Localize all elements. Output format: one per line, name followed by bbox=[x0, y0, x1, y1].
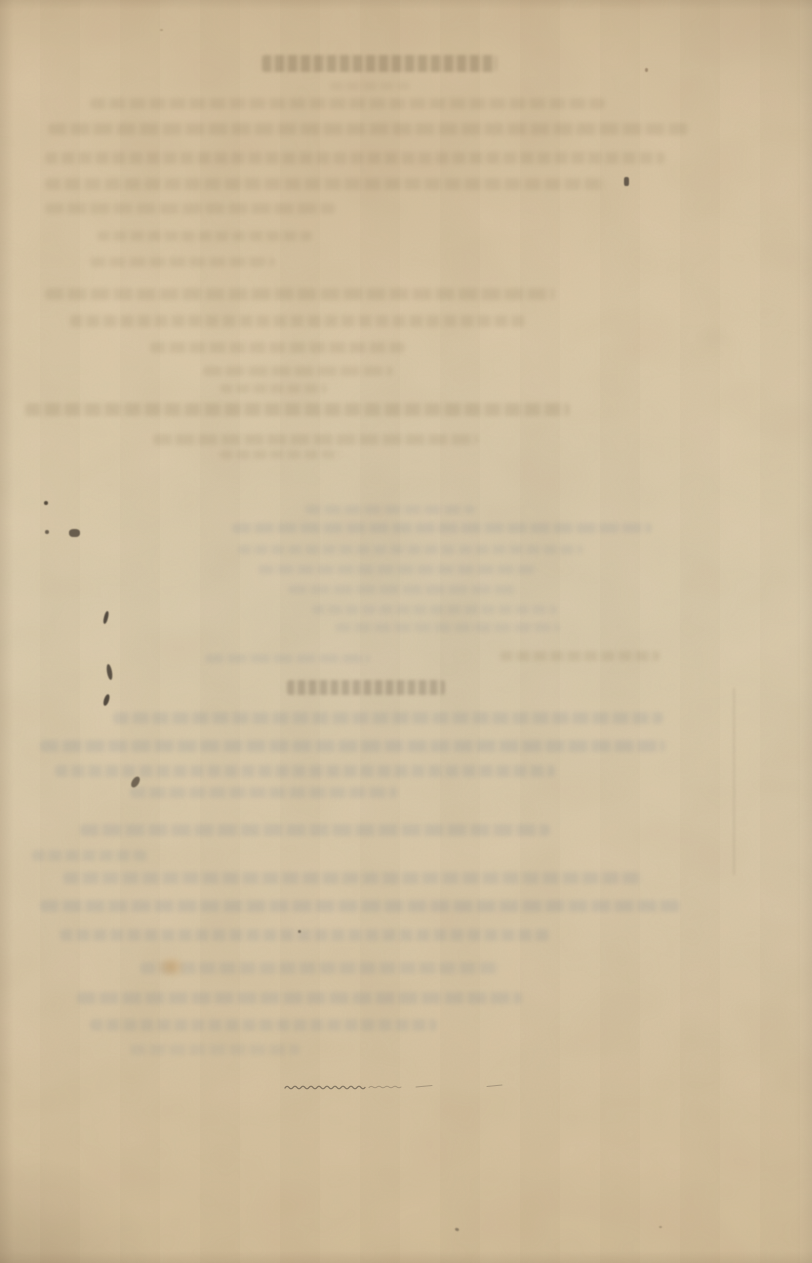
ink-marks-layer bbox=[0, 0, 812, 1263]
ink-speck bbox=[298, 930, 301, 933]
stain bbox=[152, 952, 190, 982]
ink-speck bbox=[45, 530, 49, 534]
ink-speck bbox=[44, 501, 48, 505]
ink-speck bbox=[160, 29, 163, 31]
ink-speck bbox=[69, 529, 80, 537]
ink-speck bbox=[455, 1227, 460, 1231]
scanned-page bbox=[0, 0, 812, 1263]
ink-speck bbox=[102, 694, 110, 707]
ink-speck bbox=[645, 68, 648, 72]
crease-line bbox=[733, 688, 735, 875]
stain bbox=[690, 320, 740, 356]
squiggle-divider-faint-stroke bbox=[369, 1085, 502, 1088]
ink-speck bbox=[102, 611, 109, 625]
ink-speck bbox=[659, 1226, 662, 1228]
ink-speck bbox=[624, 177, 629, 186]
squiggle-divider bbox=[283, 1080, 523, 1096]
ink-speck bbox=[129, 775, 141, 789]
ink-speck bbox=[106, 664, 114, 681]
squiggle-divider-main-stroke bbox=[285, 1086, 365, 1089]
